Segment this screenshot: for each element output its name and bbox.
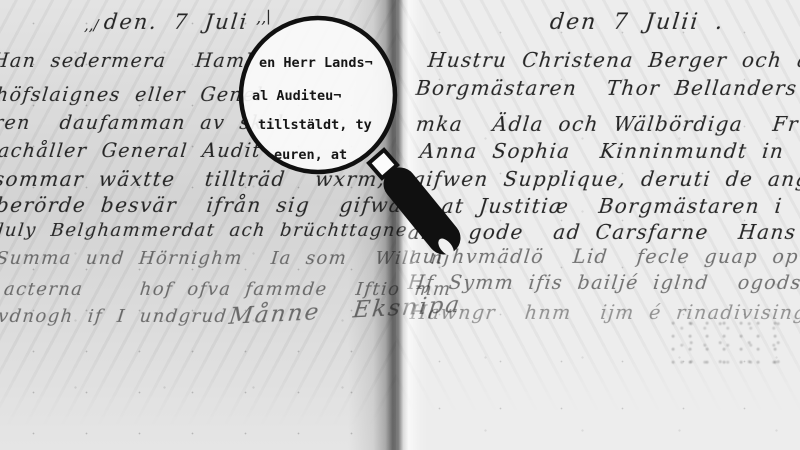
transcription-line: euren, at: [274, 147, 347, 163]
manuscript-scan: ,,∕ den. 7 Juli ‚‚∣ Han sedermera Haml h…: [0, 0, 800, 450]
transcription-line: al Auditeu¬: [252, 88, 341, 104]
magnifier-handle[interactable]: [400, 184, 444, 238]
transcription-line: tillstäldt, ty: [258, 117, 372, 133]
transcription-line: en Herr Lands¬: [259, 55, 373, 71]
magnifier-icon[interactable]: [0, 0, 800, 450]
